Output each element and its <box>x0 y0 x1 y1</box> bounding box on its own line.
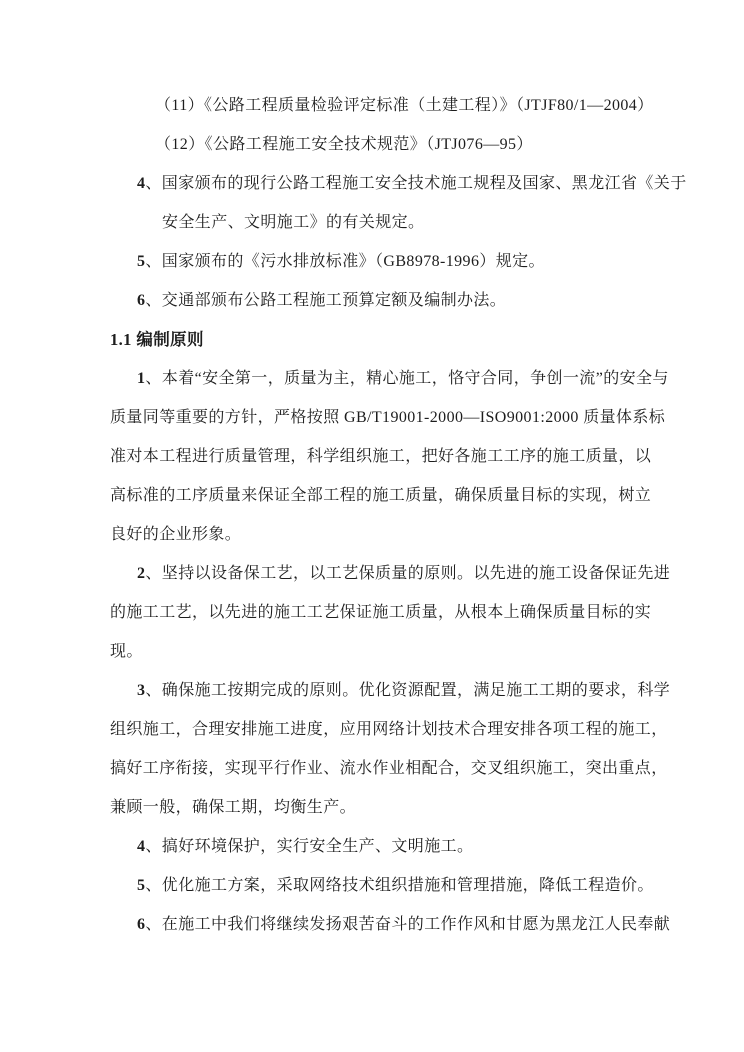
line-text: （11）《公路工程质量检验评定标准（土建工程）》（JTJF80/1—2004） <box>155 97 654 114</box>
line-text: 1.1 编制原则 <box>110 330 204 349</box>
line-text: 、本着“安全第一，质量为主，精心施工，恪守合同，争创一流”的安全与 <box>145 370 668 387</box>
line-text: 现。 <box>110 643 143 660</box>
text-line: 4、国家颁布的现行公路工程施工安全技术施工规程及国家、黑龙江省《关于 <box>110 164 655 203</box>
line-text: 、搞好环境保护，实行安全生产、文明施工。 <box>145 838 473 855</box>
document-page: （11）《公路工程质量检验评定标准（土建工程）》（JTJF80/1—2004）（… <box>0 0 744 1052</box>
text-line: 组织施工，合理安排施工进度，应用网络计划技术合理安排各项工程的施工， <box>110 710 655 749</box>
line-text: 、优化施工方案，采取网络技术组织措施和管理措施，降低工程造价。 <box>145 877 653 894</box>
text-line: 高标准的工序质量来保证全部工程的施工质量，确保质量目标的实现，树立 <box>110 476 655 515</box>
line-text: 、在施工中我们将继续发扬艰苦奋斗的工作作风和甘愿为黑龙江人民奉献 <box>145 916 670 933</box>
line-text: 、国家颁布的现行公路工程施工安全技术施工规程及国家、黑龙江省《关于 <box>145 175 686 192</box>
text-line: 质量同等重要的方针，严格按照 GB/T19001-2000—ISO9001:20… <box>110 398 655 437</box>
text-line: 安全生产、文明施工》的有关规定。 <box>110 203 655 242</box>
line-text: 、交通部颁布公路工程施工预算定额及编制办法。 <box>145 292 506 309</box>
line-text: 良好的企业形象。 <box>110 526 241 543</box>
text-line: 2、坚持以设备保工艺，以工艺保质量的原则。以先进的施工设备保证先进 <box>110 554 655 593</box>
line-text: 的施工工艺，以先进的施工工艺保证施工质量，从根本上确保质量目标的实 <box>110 604 651 621</box>
text-line: 搞好工序衔接，实现平行作业、流水作业相配合，交叉组织施工，突出重点， <box>110 749 655 788</box>
text-line: 5、国家颁布的《污水排放标准》（GB8978-1996）规定。 <box>110 242 655 281</box>
section-heading: 1.1 编制原则 <box>110 320 655 359</box>
line-text: 搞好工序衔接，实现平行作业、流水作业相配合，交叉组织施工，突出重点， <box>110 760 668 777</box>
line-text: （12）《公路工程施工安全技术规范》（JTJ076—95） <box>155 136 533 153</box>
text-line: 的施工工艺，以先进的施工工艺保证施工质量，从根本上确保质量目标的实 <box>110 593 655 632</box>
line-text: 安全生产、文明施工》的有关规定。 <box>162 214 424 231</box>
text-line: 1、本着“安全第一，质量为主，精心施工，恪守合同，争创一流”的安全与 <box>110 359 655 398</box>
line-text: 质量同等重要的方针，严格按照 GB/T19001-2000—ISO9001:20… <box>110 409 665 426</box>
text-line: （11）《公路工程质量检验评定标准（土建工程）》（JTJF80/1—2004） <box>110 86 655 125</box>
line-text: 组织施工，合理安排施工进度，应用网络计划技术合理安排各项工程的施工， <box>110 721 668 738</box>
document-body: （11）《公路工程质量检验评定标准（土建工程）》（JTJF80/1—2004）（… <box>110 86 655 944</box>
text-line: 良好的企业形象。 <box>110 515 655 554</box>
text-line: 5、优化施工方案，采取网络技术组织措施和管理措施，降低工程造价。 <box>110 866 655 905</box>
text-line: 准对本工程进行质量管理，科学组织施工，把好各施工工序的施工质量，以 <box>110 437 655 476</box>
line-text: 兼顾一般，确保工期，均衡生产。 <box>110 799 356 816</box>
line-text: 、国家颁布的《污水排放标准》（GB8978-1996）规定。 <box>145 253 545 270</box>
text-line: 6、在施工中我们将继续发扬艰苦奋斗的工作作风和甘愿为黑龙江人民奉献 <box>110 905 655 944</box>
line-text: 、确保施工按期完成的原则。优化资源配置，满足施工工期的要求，科学 <box>145 682 670 699</box>
text-line: 兼顾一般，确保工期，均衡生产。 <box>110 788 655 827</box>
text-line: 现。 <box>110 632 655 671</box>
text-line: （12）《公路工程施工安全技术规范》（JTJ076—95） <box>110 125 655 164</box>
text-line: 3、确保施工按期完成的原则。优化资源配置，满足施工工期的要求，科学 <box>110 671 655 710</box>
line-text: 高标准的工序质量来保证全部工程的施工质量，确保质量目标的实现，树立 <box>110 487 651 504</box>
line-text: 准对本工程进行质量管理，科学组织施工，把好各施工工序的施工质量，以 <box>110 448 651 465</box>
text-line: 6、交通部颁布公路工程施工预算定额及编制办法。 <box>110 281 655 320</box>
text-line: 4、搞好环境保护，实行安全生产、文明施工。 <box>110 827 655 866</box>
line-text: 、坚持以设备保工艺，以工艺保质量的原则。以先进的施工设备保证先进 <box>145 565 670 582</box>
